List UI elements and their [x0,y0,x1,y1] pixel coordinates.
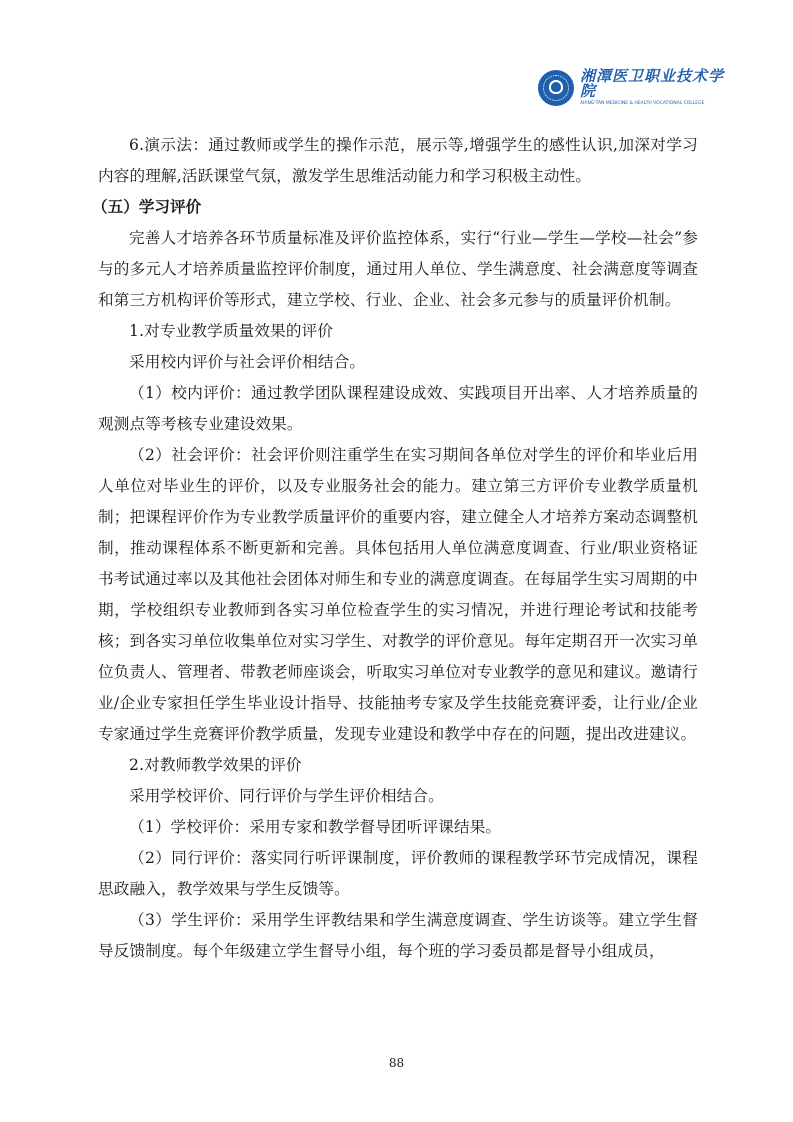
logo-text: 湘潭医卫职业技术学院 XIANG'TAN MEDICINE & HEALTH V… [580,69,728,107]
paragraph-combined-evaluation: 采用校内评价与社会评价相结合。 [98,347,698,378]
subheading-professional-teaching-quality: 1.对专业教学质量效果的评价 [98,316,698,347]
college-logo: 湘潭医卫职业技术学院 XIANG'TAN MEDICINE & HEALTH V… [538,67,728,109]
paragraph-student-evaluation: （3）学生评价：采用学生评教结果和学生满意度调查、学生访谈等。建立学生督导反馈制… [98,905,698,967]
paragraph-school-evaluation: （1）学校评价：采用专家和教学督导团听评课结果。 [98,812,698,843]
paragraph-evaluation-system: 完善人才培养各环节质量标准及评价监控体系，实行“行业—学生—学校—社会”参与的多… [98,223,698,316]
section-heading-learning-evaluation: （五）学习评价 [92,192,698,223]
subheading-teacher-teaching-effect: 2.对教师教学效果的评价 [98,750,698,781]
paragraph-social-evaluation: （2）社会评价：社会评价则注重学生在实习期间各单位对学生的评价和毕业后用人单位对… [98,440,698,750]
paragraph-internal-evaluation: （1）校内评价：通过教学团队课程建设成效、实践项目开出率、人才培养质量的观测点等… [98,378,698,440]
college-name-en: XIANG'TAN MEDICINE & HEALTH VOCATIONAL C… [580,102,728,107]
paragraph-teacher-combined-evaluation: 采用学校评价、同行评价与学生评价相结合。 [98,781,698,812]
document-body: 6.演示法：通过教师或学生的操作示范，展示等,增强学生的感性认识,加深对学习内容… [98,130,698,967]
paragraph-peer-evaluation: （2）同行评价：落实同行听评课制度，评价教师的课程教学环节完成情况，课程思政融入… [98,843,698,905]
college-name-cn: 湘潭医卫职业技术学院 [580,69,728,99]
paragraph-demonstration-method: 6.演示法：通过教师或学生的操作示范，展示等,增强学生的感性认识,加深对学习内容… [98,130,698,192]
page-number: 88 [0,1056,793,1070]
college-emblem-icon [538,70,574,106]
